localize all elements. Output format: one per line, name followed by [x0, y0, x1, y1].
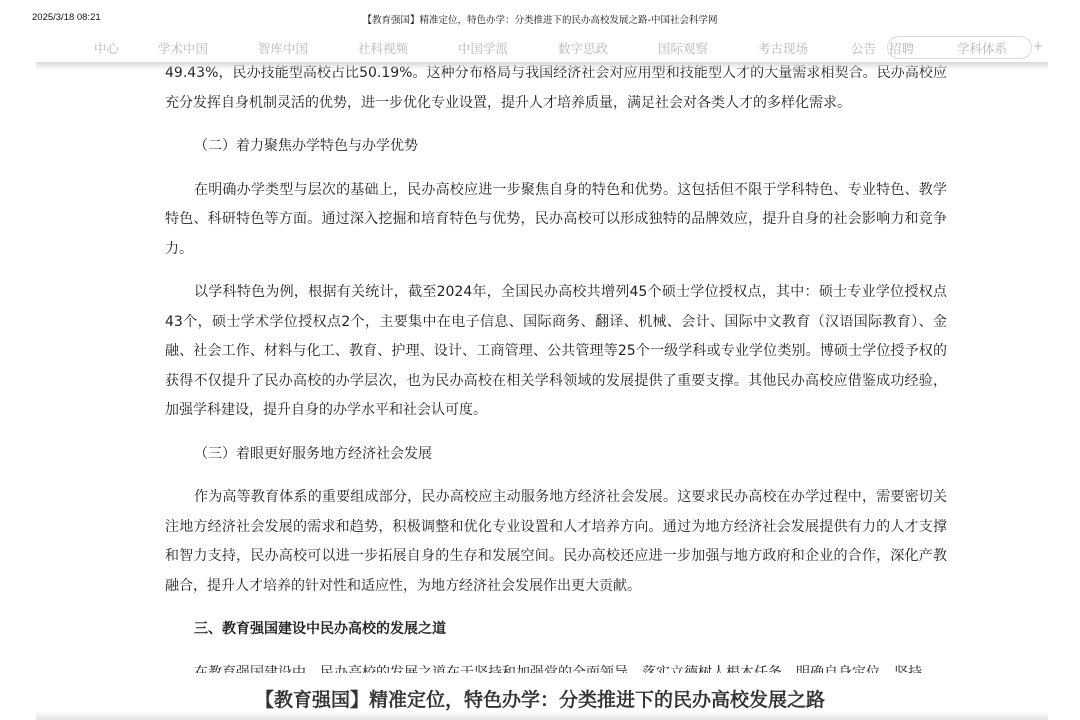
article-paragraph: 在明确办学类型与层次的基础上，民办高校应进一步聚焦自身的特色和优势。这包括但不限…	[165, 176, 947, 265]
article-paragraph: 49.43%，民办技能型高校占比50.19%。这种分布格局与我国经济社会对应用型…	[165, 62, 947, 118]
nav-item-archaeology[interactable]: 考古现场	[758, 39, 808, 57]
article-section-heading: 三、教育强国建设中民办高校的发展之道	[165, 615, 947, 645]
nav-item-recruitment[interactable]: 招聘	[889, 39, 914, 57]
header-shadow	[36, 62, 1048, 70]
nav-item-digital-ideology[interactable]: 数字思政	[558, 39, 608, 57]
nav-item-chinese-school[interactable]: 中国学派	[458, 39, 508, 57]
article-paragraph: 作为高等教育体系的重要组成部分，民办高校应主动服务地方经济社会发展。这要求民办高…	[165, 483, 947, 601]
site-nav: 中心 学术中国 智库中国 社科视频 中国学派 数字思政 国际观察 考古现场 公告…	[0, 34, 1080, 62]
article-subheading: （三）着眼更好服务地方经济社会发展	[165, 440, 947, 470]
nav-item-social-science-video[interactable]: 社科视频	[358, 39, 408, 57]
article-paragraph: 以学科特色为例，根据有关统计，截至2024年，全国民办高校共增列45个硕士学位授…	[165, 278, 947, 426]
footer-title-bar: 【教育强国】精准定位，特色办学：分类推进下的民办高校发展之路	[0, 682, 1080, 714]
nav-item-academic-china[interactable]: 学术中国	[158, 39, 208, 57]
print-header: 2025/3/18 08:21 【教育强国】精准定位，特色办学：分类推进下的民办…	[0, 0, 1080, 34]
nav-item-discipline-system[interactable]: 学科体系	[957, 39, 1007, 57]
article-paragraph-clipped: 在教育强国建设中，民办高校的发展之道在于坚持和加强党的全面领导，落实立德树人根本…	[165, 659, 947, 673]
article-viewport: 49.43%，民办技能型高校占比50.19%。这种分布格局与我国经济社会对应用型…	[36, 62, 1048, 712]
article-subheading: （二）着力聚焦办学特色与办学优势	[165, 132, 947, 162]
nav-item-center[interactable]: 中心	[94, 39, 119, 57]
nav-item-international[interactable]: 国际观察	[658, 39, 708, 57]
print-page-title: 【教育强国】精准定位，特色办学：分类推进下的民办高校发展之路-中国社会科学网	[0, 12, 1080, 26]
nav-more-plus-icon[interactable]: +	[1033, 39, 1043, 53]
footer-shadow	[36, 711, 1048, 720]
nav-item-think-tank[interactable]: 智库中国	[258, 39, 308, 57]
article-body: 49.43%，民办技能型高校占比50.19%。这种分布格局与我国经济社会对应用型…	[165, 62, 947, 673]
footer-article-title: 【教育强国】精准定位，特色办学：分类推进下的民办高校发展之路	[0, 685, 1080, 712]
nav-item-announcement[interactable]: 公告	[851, 39, 876, 57]
